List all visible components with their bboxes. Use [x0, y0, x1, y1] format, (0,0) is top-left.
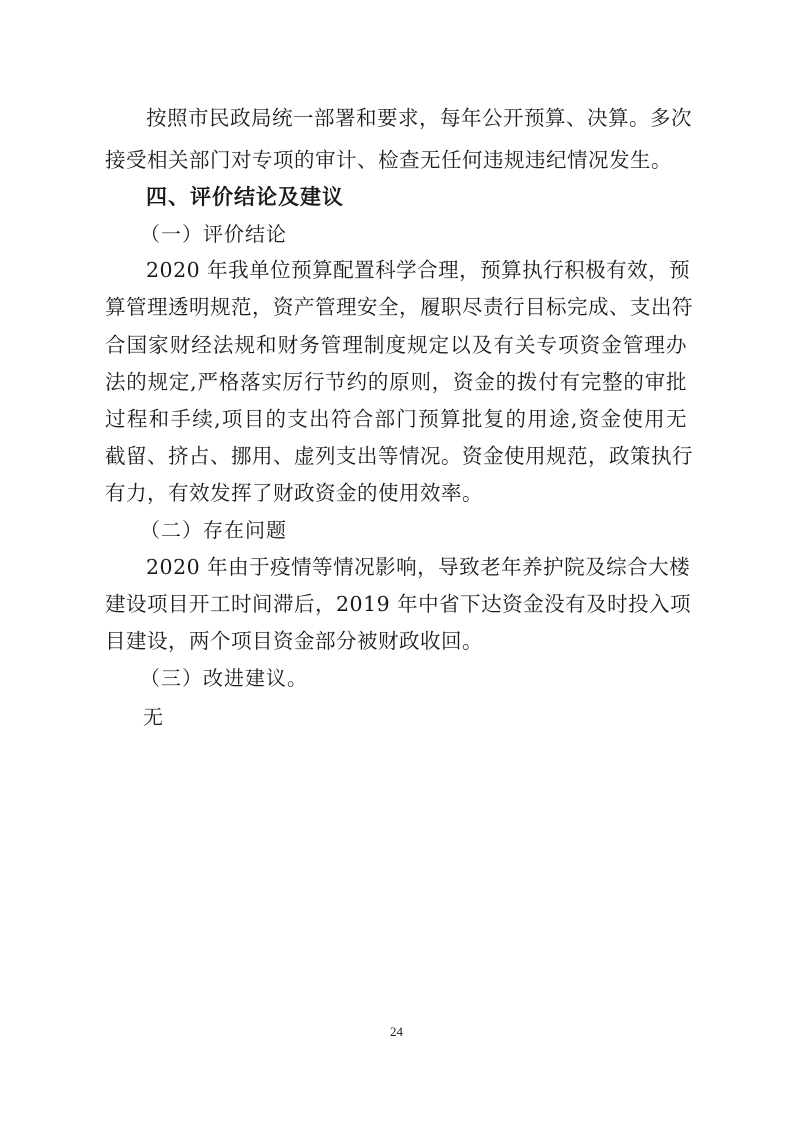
paragraph-line: 截留、挤占、挪用、虚列支出等情况。资金使用规范，政策执行	[105, 442, 687, 470]
paragraph-line: 按照市民政局统一部署和要求，每年公开预算、决算。多次	[146, 104, 687, 132]
section-heading-evaluation-conclusions: 四、评价结论及建议	[146, 183, 344, 211]
document-page: 按照市民政局统一部署和要求，每年公开预算、决算。多次 接受相关部门对专项的审计、…	[0, 0, 793, 1122]
paragraph-line: 建设项目开工时间滞后，2019 年中省下达资金没有及时投入项	[105, 590, 687, 618]
paragraph-line: 过程和手续,项目的支出符合部门预算批复的用途,资金使用无	[105, 405, 687, 433]
subsection-heading-problems: （二）存在问题	[140, 516, 287, 544]
paragraph-line: 2020 年由于疫情等情况影响，导致老年养护院及综合大楼	[146, 553, 687, 581]
paragraph-line: 2020 年我单位预算配置科学合理，预算执行积极有效，预	[146, 256, 687, 284]
suggestion-text: 无	[143, 703, 164, 731]
page-number: 24	[0, 1024, 793, 1040]
subsection-heading-suggestions: （三）改进建议。	[140, 664, 308, 692]
paragraph-line: 目建设，两个项目资金部分被财政收回。	[105, 627, 687, 655]
paragraph-line: 算管理透明规范，资产管理安全，履职尽责行目标完成、支出符	[105, 293, 687, 321]
subsection-heading-conclusion: （一）评价结论	[140, 220, 287, 248]
paragraph-line: 有力，有效发挥了财政资金的使用效率。	[105, 479, 687, 507]
paragraph-line: 合国家财经法规和财务管理制度规定以及有关专项资金管理办	[105, 331, 687, 359]
paragraph-line: 接受相关部门对专项的审计、检查无任何违规违纪情况发生。	[105, 146, 687, 174]
paragraph-line: 法的规定,严格落实厉行节约的原则，资金的拨付有完整的审批	[105, 368, 687, 396]
